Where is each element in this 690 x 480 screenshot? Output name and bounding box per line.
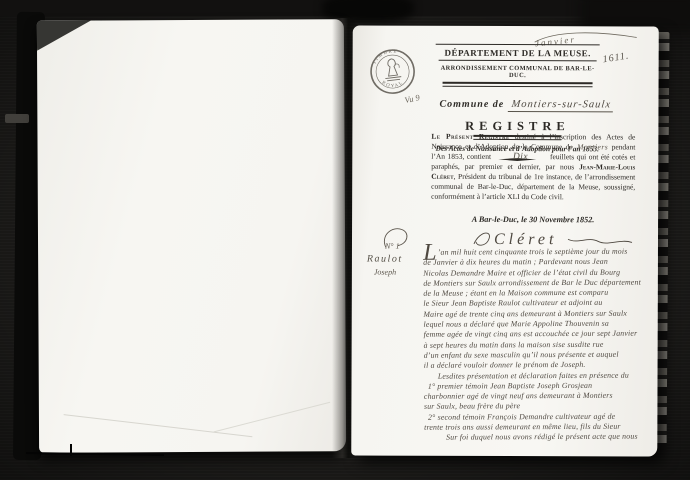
left-page-blank xyxy=(37,19,346,453)
header-double-rule-thin xyxy=(442,86,593,88)
signature-text: Cléret xyxy=(494,231,557,248)
commune-line: Commune de Montiers-sur-Saulx xyxy=(435,94,599,113)
bookmark-ribbon-tick xyxy=(70,444,72,456)
certification-paragraph: Le Présent Registre destiné à l’inscript… xyxy=(431,132,635,203)
arrondissement-title: ARRONDISSEMENT COMMUNAL DE BAR-LE-DUC. xyxy=(436,65,600,80)
paragraph-segment: , Président du tribunal de 1re instance,… xyxy=(431,172,635,201)
scanned-register-photo: Janvier 1611. TIMBRE ROYAL xyxy=(0,0,690,480)
paper-crease xyxy=(64,414,253,437)
paper-crease xyxy=(214,402,331,433)
left-page-corner-shadow xyxy=(37,21,91,51)
act-margin-surname: Raulot xyxy=(367,254,403,265)
handwritten-commune-insert: e Montiers xyxy=(569,142,608,151)
commune-label: Commune de xyxy=(439,99,504,110)
paragraph-opening: Le Présent Registre xyxy=(431,132,509,141)
seated-figure-icon xyxy=(383,58,401,81)
act-margin-firstname: Joseph xyxy=(374,268,396,277)
book-clasp xyxy=(5,114,29,123)
act-margin-number: N° 1 xyxy=(385,242,400,251)
act-line: femme agée de vingt cinq ans est accouch… xyxy=(424,329,656,341)
act-line: Lesdites présentation et déclaration fai… xyxy=(438,370,656,381)
stamp-handwritten-note: Vu 9 xyxy=(404,92,421,105)
act-line: L’an mil huit cent cinquante trois le se… xyxy=(423,247,655,259)
header-rule xyxy=(439,60,596,62)
header-double-rule-thick xyxy=(442,82,593,85)
handwritten-birth-act: L’an mil huit cent cinquante trois le se… xyxy=(423,247,656,444)
register-title-page: Janvier 1611. TIMBRE ROYAL xyxy=(351,25,658,456)
act-line: Maire agé de trente cinq ans demeurant à… xyxy=(423,308,655,320)
act-line: Sur foi duquel nous avons rédigé le prés… xyxy=(446,432,656,443)
department-title: DÉPARTEMENT DE LA MEUSE. xyxy=(436,48,600,59)
commune-handwritten-value: Montiers-sur-Saulx xyxy=(508,99,615,112)
handwritten-folio-count: Dix xyxy=(494,152,548,162)
act-line: de Montiers sur Saulx arrondissement de … xyxy=(423,277,655,289)
folio-number-note: 1611. xyxy=(602,50,630,65)
bookmark-ribbon xyxy=(26,452,164,456)
timbre-royal-stamp-icon: TIMBRE ROYAL xyxy=(366,45,419,98)
header-rule xyxy=(436,44,600,46)
